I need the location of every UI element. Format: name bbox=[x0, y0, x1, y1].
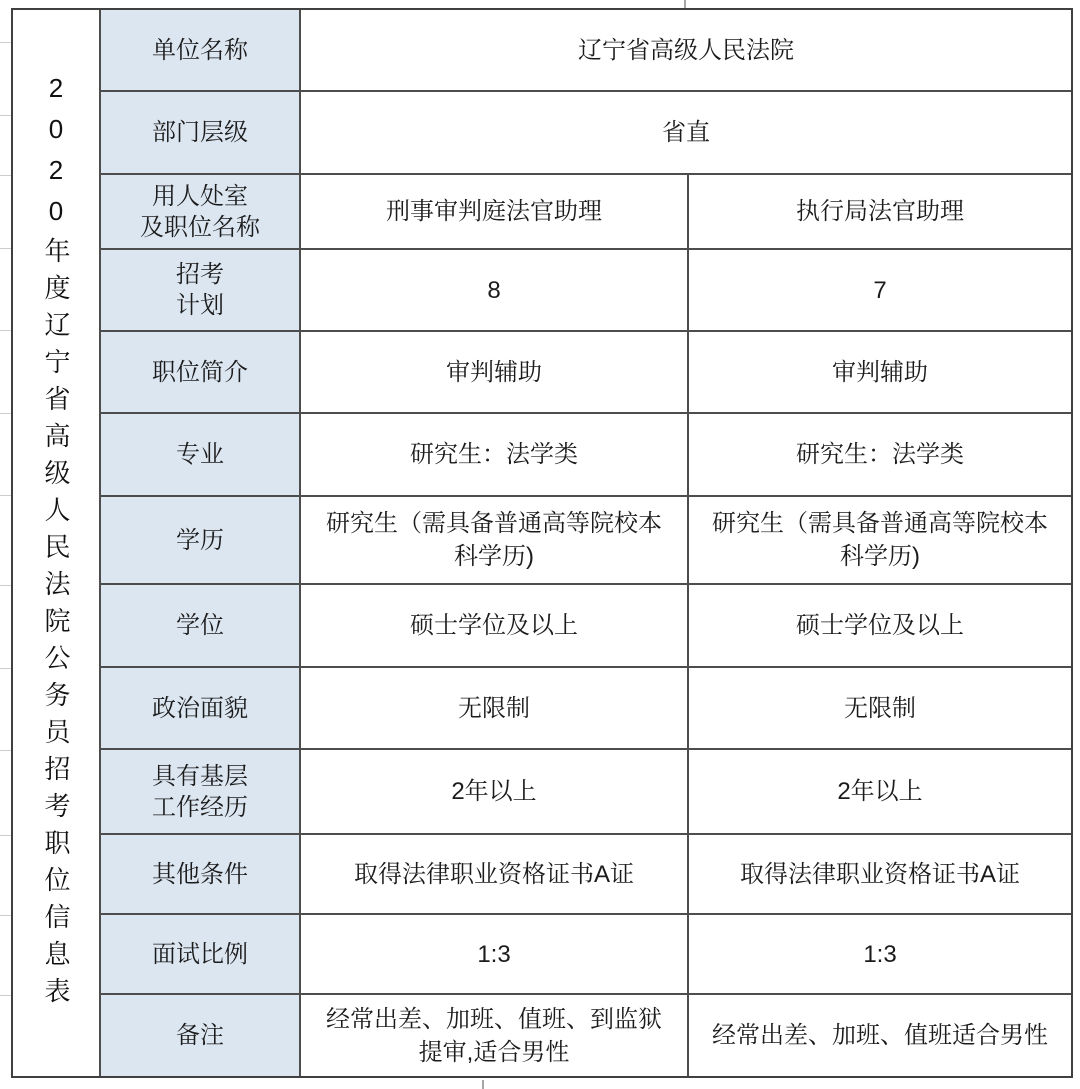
sheet-gridline-left bbox=[0, 42, 11, 43]
label-degree: 学位 bbox=[101, 585, 299, 666]
value-department-level: 省直 bbox=[301, 92, 1071, 173]
value-position-col1: 刑事审判庭法官助理 bbox=[301, 175, 687, 248]
sheet-gridline-left bbox=[0, 835, 11, 836]
value-conditions-col2: 取得法律职业资格证书A证 bbox=[689, 835, 1071, 913]
label-major: 专业 bbox=[101, 414, 299, 495]
value-position-col2: 执行局法官助理 bbox=[689, 175, 1071, 248]
label-position-intro: 职位简介 bbox=[101, 332, 299, 412]
sheet-gridline-left bbox=[0, 585, 11, 586]
value-education-col1: 研究生（需具备普通高等院校本科学历) bbox=[301, 497, 687, 583]
sheet-gridline-left bbox=[0, 750, 11, 751]
value-remarks-col2: 经常出差、加班、值班适合男性 bbox=[689, 995, 1071, 1076]
label-remarks: 备注 bbox=[101, 995, 299, 1076]
value-plan-col2: 7 bbox=[689, 250, 1071, 330]
sheet-gridline-left bbox=[0, 995, 11, 996]
label-recruitment-plan: 招考 计划 bbox=[101, 250, 299, 330]
sheet-gridline-bottom bbox=[482, 1080, 484, 1089]
value-degree-col2: 硕士学位及以上 bbox=[689, 585, 1071, 666]
label-interview-ratio: 面试比例 bbox=[101, 915, 299, 993]
value-political-col1: 无限制 bbox=[301, 668, 687, 748]
value-ratio-col1: 1:3 bbox=[301, 915, 687, 993]
value-degree-col1: 硕士学位及以上 bbox=[301, 585, 687, 666]
table-title-vertical: 2020年度辽宁省高级人民法院公务员招考职位信息表 bbox=[41, 73, 71, 1014]
sheet-gridline-left bbox=[0, 330, 11, 331]
value-intro-col2: 审判辅助 bbox=[689, 332, 1071, 412]
table-title-cell: 2020年度辽宁省高级人民法院公务员招考职位信息表 bbox=[13, 10, 99, 1076]
value-unit-name: 辽宁省高级人民法院 bbox=[301, 10, 1071, 90]
value-education-col2: 研究生（需具备普通高等院校本科学历) bbox=[689, 497, 1071, 583]
sheet-gridline-left bbox=[0, 495, 11, 496]
label-unit-name: 单位名称 bbox=[101, 10, 299, 90]
value-experience-col1: 2年以上 bbox=[301, 750, 687, 833]
sheet-gridline-top bbox=[684, 0, 686, 8]
position-info-table: 2020年度辽宁省高级人民法院公务员招考职位信息表 单位名称 辽宁省高级人民法院… bbox=[11, 8, 1073, 1078]
label-office-and-position: 用人处室 及职位名称 bbox=[101, 175, 299, 248]
sheet-gridline-left bbox=[0, 248, 11, 249]
value-remarks-col1: 经常出差、加班、值班、到监狱提审,适合男性 bbox=[301, 995, 687, 1076]
sheet-gridline-left bbox=[0, 175, 11, 176]
sheet-gridline-left bbox=[0, 115, 11, 116]
label-education: 学历 bbox=[101, 497, 299, 583]
label-department-level: 部门层级 bbox=[101, 92, 299, 173]
label-other-conditions: 其他条件 bbox=[101, 835, 299, 913]
sheet-gridline-left bbox=[0, 668, 11, 669]
value-political-col2: 无限制 bbox=[689, 668, 1071, 748]
sheet-gridline-left bbox=[0, 413, 11, 414]
value-experience-col2: 2年以上 bbox=[689, 750, 1071, 833]
value-plan-col1: 8 bbox=[301, 250, 687, 330]
value-major-col1: 研究生：法学类 bbox=[301, 414, 687, 495]
value-intro-col1: 审判辅助 bbox=[301, 332, 687, 412]
label-political-status: 政治面貌 bbox=[101, 668, 299, 748]
label-grassroots-experience: 具有基层 工作经历 bbox=[101, 750, 299, 833]
value-ratio-col2: 1:3 bbox=[689, 915, 1071, 993]
sheet-gridline-left bbox=[0, 915, 11, 916]
value-major-col2: 研究生：法学类 bbox=[689, 414, 1071, 495]
value-conditions-col1: 取得法律职业资格证书A证 bbox=[301, 835, 687, 913]
